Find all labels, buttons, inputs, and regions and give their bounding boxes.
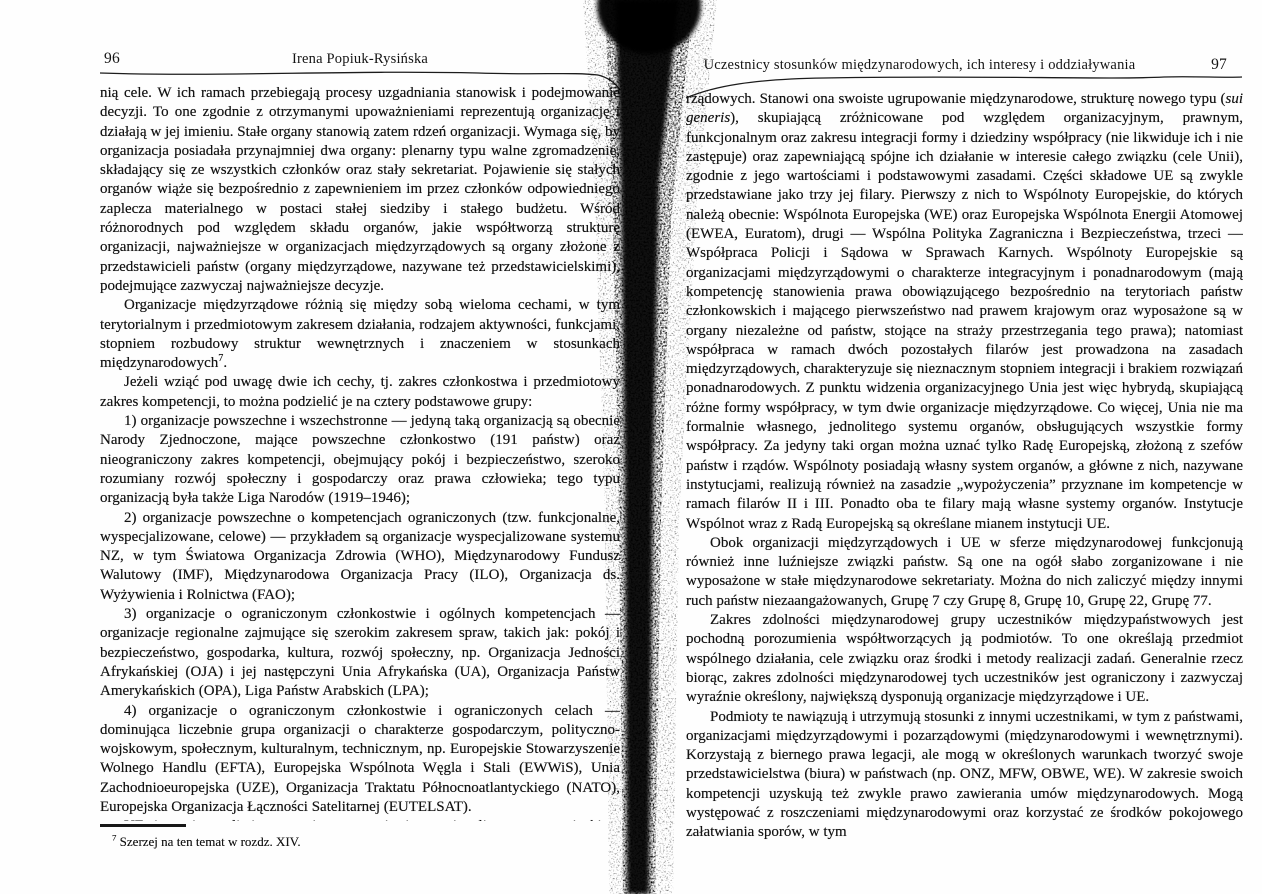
paragraph: 1) organizacje powszechne i wszechstronn… bbox=[100, 412, 620, 508]
paragraph: Podmioty te nawiązują i utrzymują stosun… bbox=[686, 708, 1243, 843]
paragraph: Obok organizacji międzyrządowych i UE w … bbox=[686, 534, 1243, 611]
footnote: 7 Szerzej na ten temat w rozdz. XIV. bbox=[112, 834, 542, 850]
paragraph: rządowych. Stanowi ona swoiste ugrupowan… bbox=[686, 90, 1243, 534]
paragraph: nią cele. W ich ramach przebiegają proce… bbox=[100, 84, 620, 296]
footnote-rule bbox=[100, 824, 186, 827]
book-scan-spread: 96 Irena Popiuk-Rysińska nią cele. W ich… bbox=[0, 0, 1262, 894]
paragraph: 2) organizacje powszechne o kompetencjac… bbox=[100, 509, 620, 605]
body-text-left: nią cele. W ich ramach przebiegają proce… bbox=[100, 84, 620, 821]
paragraph: 3) organizacje o ograniczonym członkostw… bbox=[100, 605, 620, 701]
body-text-right: rządowych. Stanowi ona swoiste ugrupowan… bbox=[686, 90, 1243, 843]
paragraph: 4) organizacje o ograniczonym członkostw… bbox=[100, 702, 620, 818]
paragraph: Organizacje międzyrządowe różnią się mię… bbox=[100, 296, 620, 373]
paragraph: UE jest niewątpliwie zorganizowanym i zi… bbox=[100, 817, 620, 821]
paragraph: Jeżeli wziąć pod uwagę dwie ich cechy, t… bbox=[100, 373, 620, 412]
paragraph: Zakres zdolności międzynarodowej grupy u… bbox=[686, 611, 1243, 707]
